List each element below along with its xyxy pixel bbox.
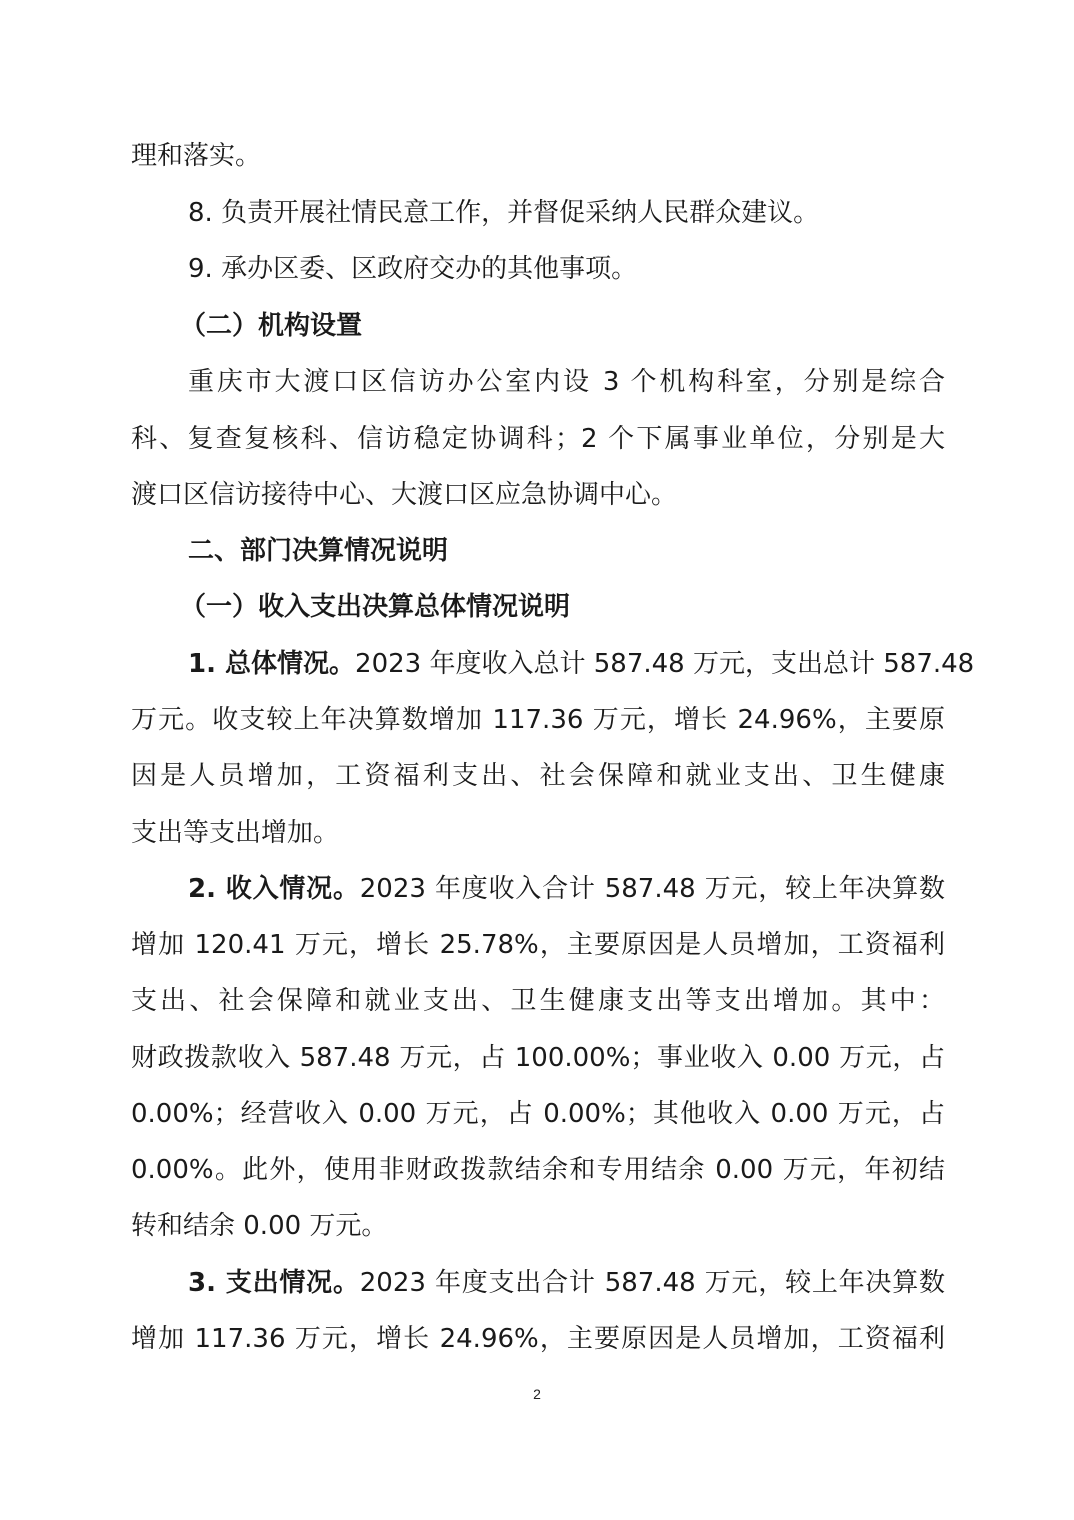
text-span: 渡口区信访接待中心、大渡口区应急协调中心。 <box>131 480 677 510</box>
text-span: 万元。收支较上年决算数增加 117.36 万元，增长 24.96%，主要原 <box>131 705 945 735</box>
item-label-overall: 1. 总体情况。 <box>188 649 355 679</box>
paragraph-line: 财政拨款收入 587.48 万元，占 100.00%；事业收入 0.00 万元，… <box>131 1038 945 1078</box>
paragraph-line: 支出等支出增加。 <box>131 813 945 853</box>
paragraph-line: 0.00%；经营收入 0.00 万元，占 0.00%；其他收入 0.00 万元，… <box>131 1094 945 1134</box>
page-number: 2 <box>0 1386 1074 1402</box>
text-span: 因是人员增加，工资福利支出、社会保障和就业支出、卫生健康 <box>131 761 945 791</box>
text-span: 8. 负责开展社情民意工作，并督促采纳人民群众建议。 <box>188 198 819 228</box>
list-item-8: 8. 负责开展社情民意工作，并督促采纳人民群众建议。 <box>188 193 945 233</box>
paragraph-line: 增加 117.36 万元，增长 24.96%，主要原因是人员增加，工资福利 <box>131 1319 945 1359</box>
text-span: 转和结余 0.00 万元。 <box>131 1211 387 1241</box>
heading-text: 二、部门决算情况说明 <box>188 536 448 566</box>
text-span: 增加 117.36 万元，增长 24.96%，主要原因是人员增加，工资福利 <box>131 1324 945 1354</box>
text-span: 2023 年度支出合计 587.48 万元，较上年决算数 <box>360 1268 945 1298</box>
section-heading-org-setup: （二）机构设置 <box>180 306 937 346</box>
text-span: 财政拨款收入 587.48 万元，占 100.00%；事业收入 0.00 万元，… <box>131 1043 945 1073</box>
paragraph-line-overall: 1. 总体情况。2023 年度收入总计 587.48 万元，支出总计 587.4… <box>188 644 945 684</box>
item-label-income: 2. 收入情况。 <box>188 874 360 904</box>
section-heading-part2: 二、部门决算情况说明 <box>188 531 945 571</box>
text-span: 重庆市大渡口区信访办公室内设 3 个机构科室，分别是综合 <box>188 367 945 397</box>
paragraph-line-expenditure: 3. 支出情况。2023 年度支出合计 587.48 万元，较上年决算数 <box>188 1263 945 1303</box>
text-span: 支出等支出增加。 <box>131 818 339 848</box>
text-span: 理和落实。 <box>131 141 261 171</box>
paragraph-line: 支出、社会保障和就业支出、卫生健康支出等支出增加。其中： <box>131 981 945 1021</box>
paragraph-line: 理和落实。 <box>131 136 945 176</box>
paragraph-line: 0.00%。此外，使用非财政拨款结余和专用结余 0.00 万元，年初结 <box>131 1150 945 1190</box>
text-span: 9. 承办区委、区政府交办的其他事项。 <box>188 254 637 284</box>
paragraph-line: 万元。收支较上年决算数增加 117.36 万元，增长 24.96%，主要原 <box>131 700 945 740</box>
heading-text: （二）机构设置 <box>180 311 362 341</box>
paragraph-line: 转和结余 0.00 万元。 <box>131 1206 945 1246</box>
text-span: 0.00%。此外，使用非财政拨款结余和专用结余 0.00 万元，年初结 <box>131 1155 945 1185</box>
text-span: 2023 年度收入总计 587.48 万元，支出总计 587.48 <box>355 649 974 679</box>
text-span: 科、复查复核科、信访稳定协调科；2 个下属事业单位，分别是大 <box>131 424 945 454</box>
item-label-expenditure: 3. 支出情况。 <box>188 1268 360 1298</box>
text-span: 2023 年度收入合计 587.48 万元，较上年决算数 <box>360 874 945 904</box>
paragraph-line: 科、复查复核科、信访稳定协调科；2 个下属事业单位，分别是大 <box>131 419 945 459</box>
list-item-9: 9. 承办区委、区政府交办的其他事项。 <box>188 249 945 289</box>
paragraph-line: 因是人员增加，工资福利支出、社会保障和就业支出、卫生健康 <box>131 756 945 796</box>
text-span: 0.00%；经营收入 0.00 万元，占 0.00%；其他收入 0.00 万元，… <box>131 1099 945 1129</box>
text-span: 支出、社会保障和就业支出、卫生健康支出等支出增加。其中： <box>131 986 945 1016</box>
paragraph-line-income: 2. 收入情况。2023 年度收入合计 587.48 万元，较上年决算数 <box>188 869 945 909</box>
heading-text: （一）收入支出决算总体情况说明 <box>180 592 570 622</box>
paragraph-line: 渡口区信访接待中心、大渡口区应急协调中心。 <box>131 475 945 515</box>
paragraph-line: 重庆市大渡口区信访办公室内设 3 个机构科室，分别是综合 <box>188 362 945 402</box>
text-span: 增加 120.41 万元，增长 25.78%，主要原因是人员增加，工资福利 <box>131 930 945 960</box>
paragraph-line: 增加 120.41 万元，增长 25.78%，主要原因是人员增加，工资福利 <box>131 925 945 965</box>
document-page: 理和落实。 8. 负责开展社情民意工作，并督促采纳人民群众建议。 9. 承办区委… <box>0 0 1074 1520</box>
section-heading-sub1: （一）收入支出决算总体情况说明 <box>180 587 937 627</box>
